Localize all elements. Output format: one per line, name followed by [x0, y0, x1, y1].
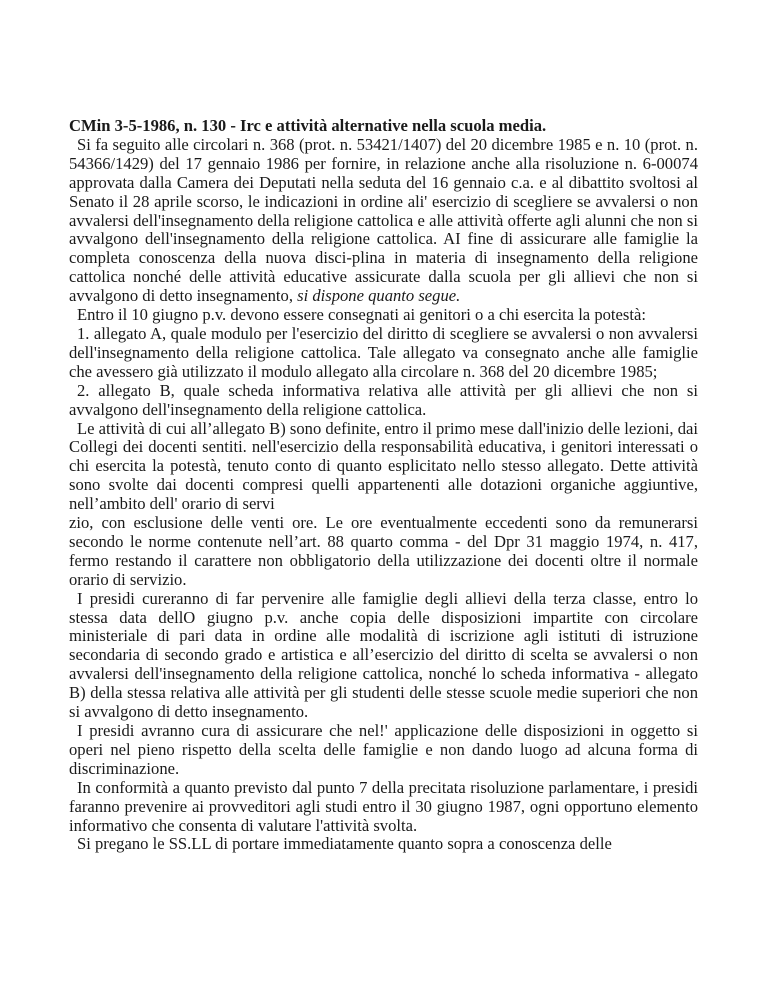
document-title: CMin 3-5-1986, n. 130 - Irc e attività a… — [69, 117, 698, 136]
paragraph-segment: zio, con esclusione delle venti ore. Le … — [69, 513, 698, 589]
paragraph: zio, con esclusione delle venti ore. Le … — [69, 514, 698, 590]
paragraph-segment: I presidi cureranno di far pervenire all… — [69, 589, 698, 721]
paragraph-segment: I presidi avranno cura di assicurare che… — [69, 721, 698, 778]
paragraph: 1. allegato A, quale modulo per l'eserci… — [69, 325, 698, 382]
document-body: Si fa seguito alle circolari n. 368 (pro… — [69, 136, 698, 854]
paragraph: Si pregano le SS.LL di portare immediata… — [69, 835, 698, 854]
paragraph: In conformità a quanto previsto dal punt… — [69, 779, 698, 836]
paragraph-segment: In conformità a quanto previsto dal punt… — [69, 778, 698, 835]
paragraph-segment-italic: si dispone quanto segue. — [297, 286, 460, 305]
paragraph: Le attività di cui all’allegato B) sono … — [69, 420, 698, 515]
document-page: CMin 3-5-1986, n. 130 - Irc e attività a… — [0, 0, 768, 994]
paragraph: I presidi avranno cura di assicurare che… — [69, 722, 698, 779]
paragraph-segment: 2. allegato B, quale scheda informativa … — [69, 381, 698, 419]
paragraph: I presidi cureranno di far pervenire all… — [69, 590, 698, 722]
paragraph-segment: 1. allegato A, quale modulo per l'eserci… — [69, 324, 698, 381]
paragraph-segment: Le attività di cui all’allegato B) sono … — [69, 419, 698, 514]
paragraph: Si fa seguito alle circolari n. 368 (pro… — [69, 136, 698, 306]
paragraph: 2. allegato B, quale scheda informativa … — [69, 382, 698, 420]
paragraph-segment: Si pregano le SS.LL di portare immediata… — [77, 834, 612, 853]
paragraph-segment: Si fa seguito alle circolari n. 368 (pro… — [69, 135, 698, 305]
paragraph-segment: Entro il 10 giugno p.v. devono essere co… — [77, 305, 646, 324]
paragraph: Entro il 10 giugno p.v. devono essere co… — [69, 306, 698, 325]
